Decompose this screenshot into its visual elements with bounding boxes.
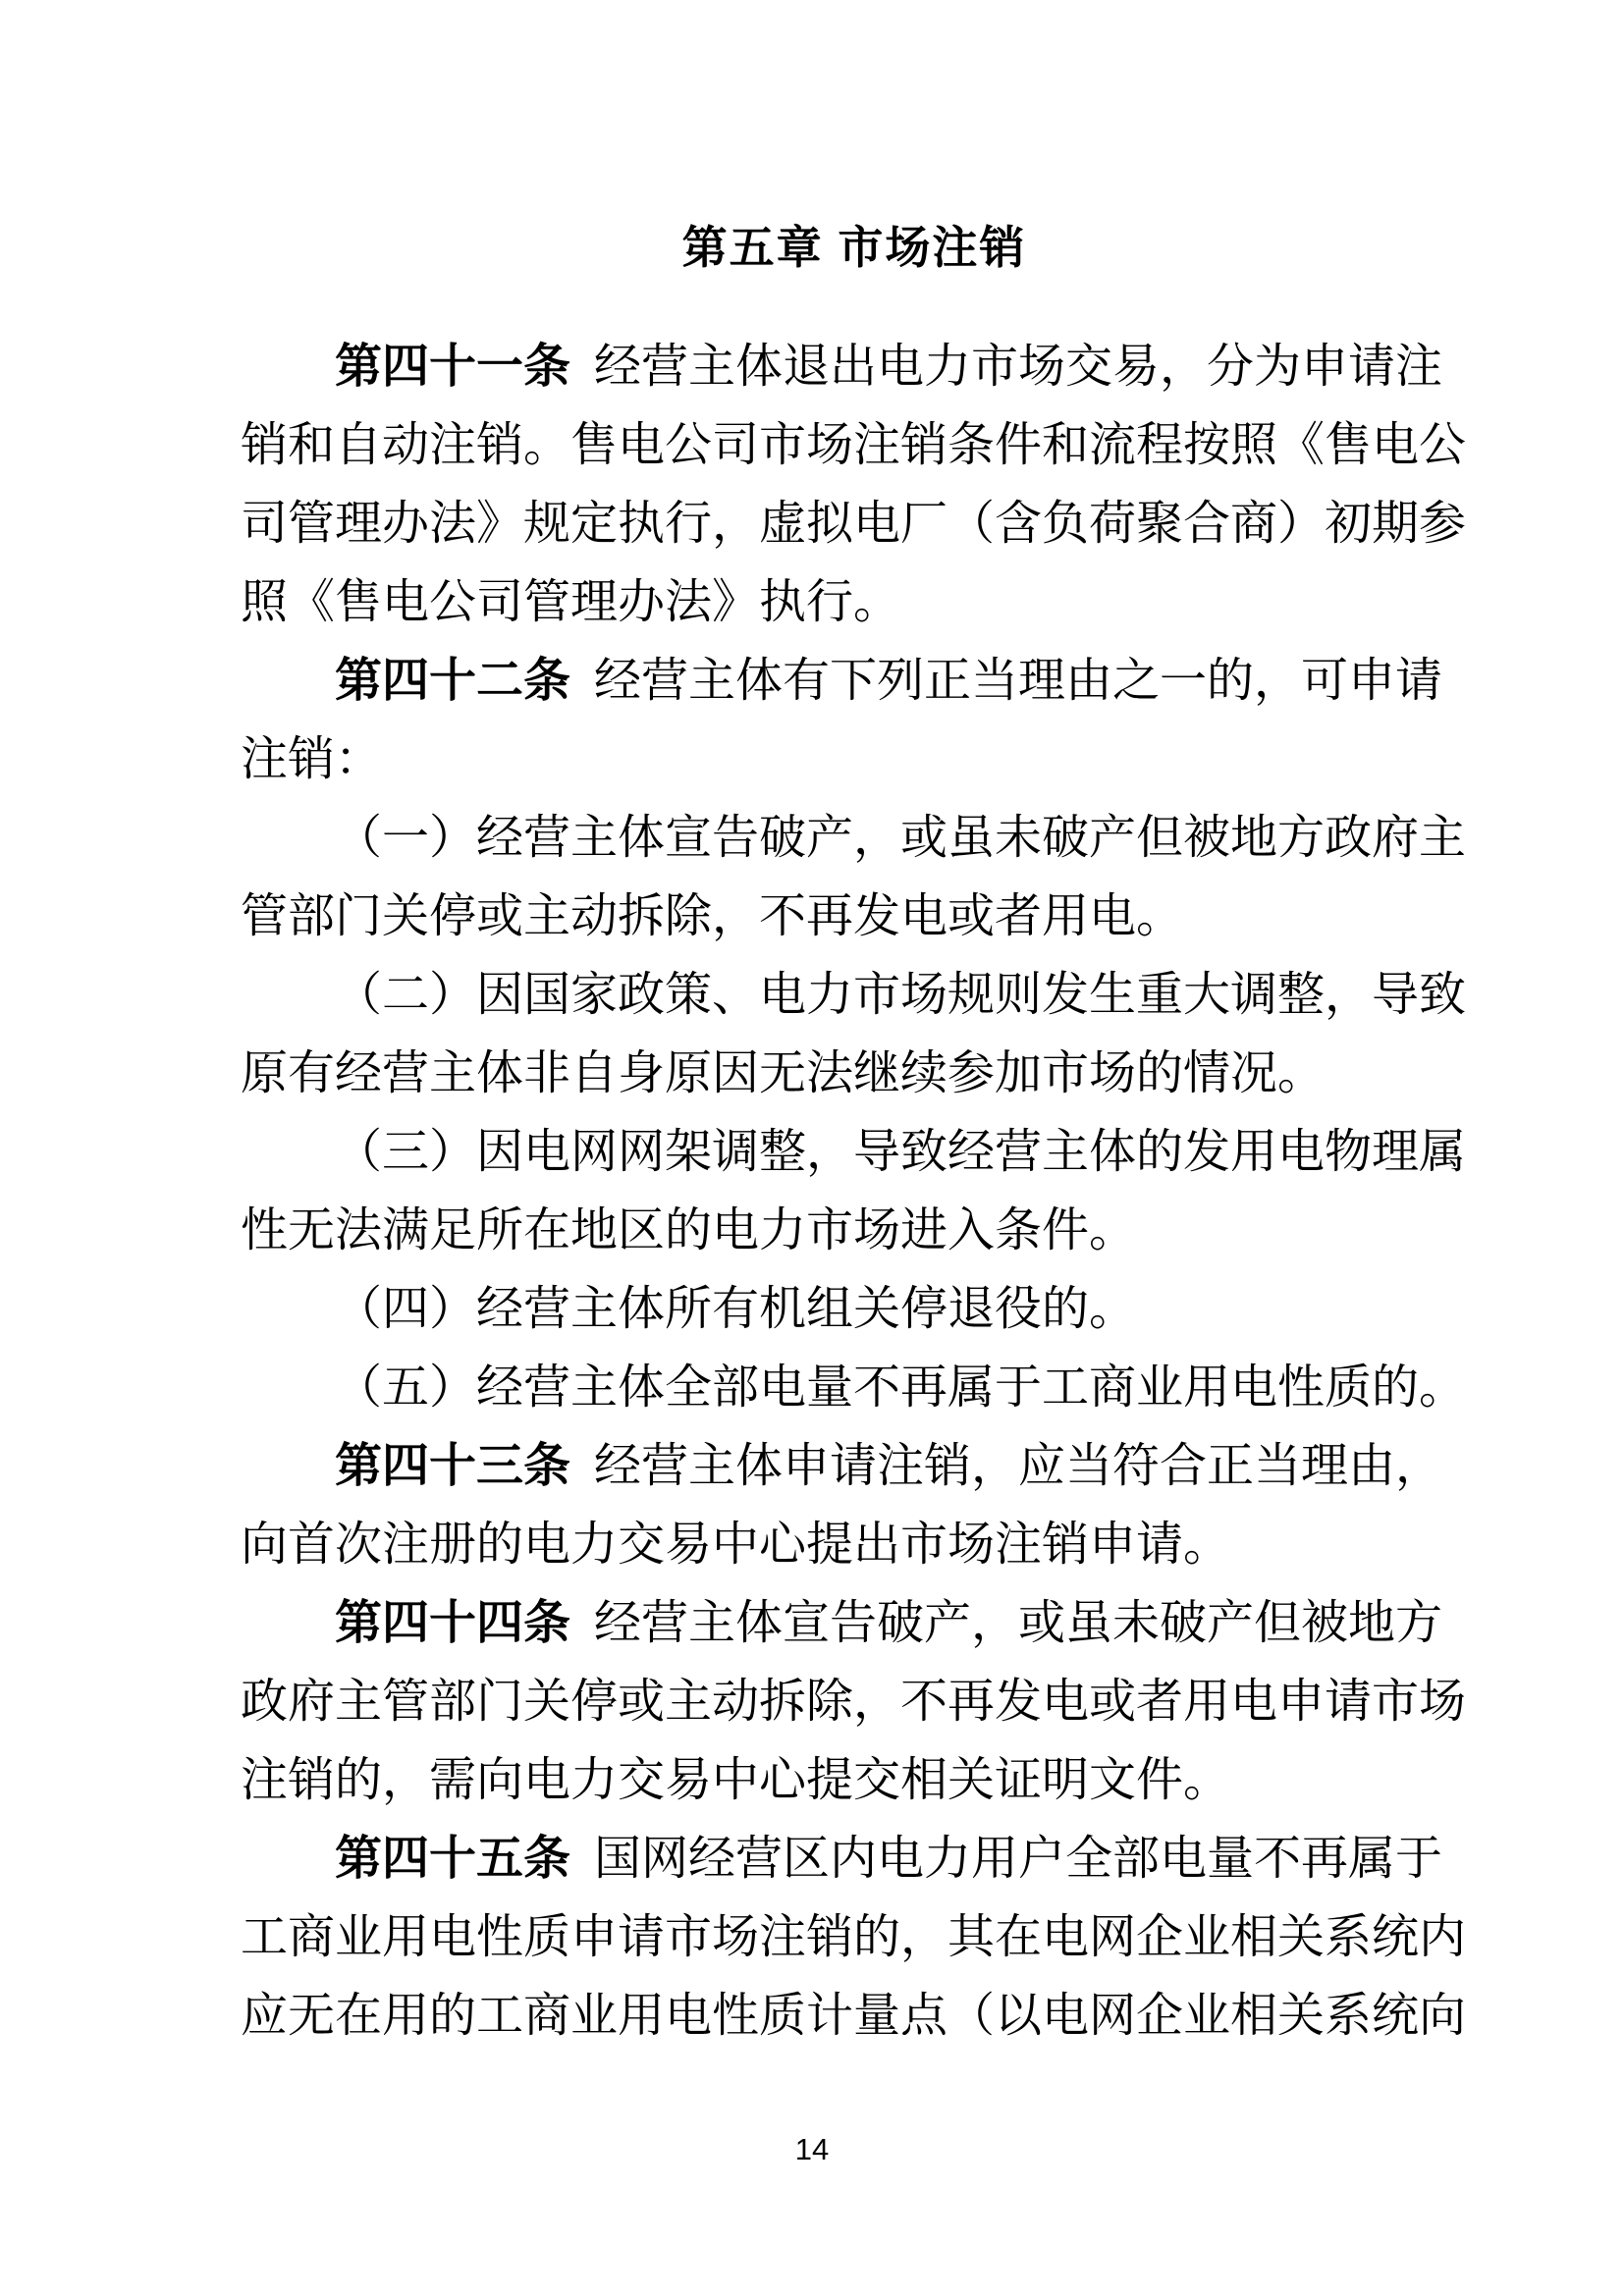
text-line: 向首次注册的电力交易中心提出市场注销申请。	[241, 1506, 1468, 1584]
line-text: 国网经营区内电力用户全部电量不再属于	[594, 1833, 1442, 1885]
article-number: 第四十一条	[335, 341, 570, 393]
line-text: （四）经营主体所有机组关停退役的。	[335, 1283, 1136, 1335]
page-number: 14	[0, 2132, 1624, 2167]
body-lines: 第四十一条经营主体退出电力市场交易，分为申请注销和自动注销。售电公司市场注销条件…	[241, 328, 1468, 2056]
line-text: 照《售电公司管理办法》执行。	[241, 576, 900, 628]
line-text: （一）经营主体宣告破产，或虽未破产但被地方政府主	[335, 812, 1466, 864]
text-line: 第四十一条经营主体退出电力市场交易，分为申请注	[241, 328, 1468, 406]
chapter-title: 第五章 市场注销	[241, 208, 1468, 287]
line-text: 性无法满足所在地区的电力市场进入条件。	[241, 1204, 1136, 1256]
text-line: 工商业用电性质申请市场注销的，其在电网企业相关系统内	[241, 1898, 1468, 1977]
text-line: 注销：	[241, 721, 1468, 799]
page-content: 第五章 市场注销 第四十一条经营主体退出电力市场交易，分为申请注销和自动注销。售…	[241, 208, 1468, 2056]
line-text: 应无在用的工商业用电性质计量点（以电网企业相关系统向	[241, 1990, 1466, 2042]
line-text: （三）因电网网架调整，导致经营主体的发用电物理属	[335, 1126, 1466, 1178]
text-line: 销和自动注销。售电公司市场注销条件和流程按照《售电公	[241, 406, 1468, 485]
line-text: （二）因国家政策、电力市场规则发生重大调整，导致	[335, 969, 1466, 1021]
line-text: 注销的，需向电力交易中心提交相关证明文件。	[241, 1754, 1230, 1806]
text-line: 性无法满足所在地区的电力市场进入条件。	[241, 1192, 1468, 1270]
line-text: 经营主体有下列正当理由之一的，可申请	[594, 655, 1442, 707]
text-line: 政府主管部门关停或主动拆除，不再发电或者用电申请市场	[241, 1663, 1468, 1741]
line-text: 经营主体申请注销，应当符合正当理由，	[594, 1440, 1442, 1492]
text-line: 司管理办法》规定执行，虚拟电厂（含负荷聚合商）初期参	[241, 485, 1468, 563]
text-line: 管部门关停或主动拆除，不再发电或者用电。	[241, 878, 1468, 956]
line-text: 工商业用电性质申请市场注销的，其在电网企业相关系统内	[241, 1911, 1466, 1963]
article-number: 第四十四条	[335, 1597, 570, 1649]
document-page: 第五章 市场注销 第四十一条经营主体退出电力市场交易，分为申请注销和自动注销。售…	[0, 0, 1624, 2296]
line-text: 司管理办法》规定执行，虚拟电厂（含负荷聚合商）初期参	[241, 498, 1466, 550]
text-line: 第四十二条经营主体有下列正当理由之一的，可申请	[241, 642, 1468, 721]
text-line: （一）经营主体宣告破产，或虽未破产但被地方政府主	[241, 799, 1468, 878]
text-line: 第四十五条国网经营区内电力用户全部电量不再属于	[241, 1820, 1468, 1898]
article-number: 第四十五条	[335, 1833, 570, 1885]
text-line: 第四十三条经营主体申请注销，应当符合正当理由，	[241, 1427, 1468, 1506]
text-line: （四）经营主体所有机组关停退役的。	[241, 1270, 1468, 1349]
line-text: 管部门关停或主动拆除，不再发电或者用电。	[241, 890, 1183, 942]
line-text: 政府主管部门关停或主动拆除，不再发电或者用电申请市场	[241, 1676, 1466, 1728]
line-text: 向首次注册的电力交易中心提出市场注销申请。	[241, 1519, 1230, 1571]
article-number: 第四十二条	[335, 655, 570, 707]
text-line: 原有经营主体非自身原因无法继续参加市场的情况。	[241, 1035, 1468, 1113]
text-line: （五）经营主体全部电量不再属于工商业用电性质的。	[241, 1349, 1468, 1427]
text-line: （三）因电网网架调整，导致经营主体的发用电物理属	[241, 1113, 1468, 1192]
text-line: 第四十四条经营主体宣告破产，或虽未破产但被地方	[241, 1584, 1468, 1663]
text-line: 应无在用的工商业用电性质计量点（以电网企业相关系统向	[241, 1977, 1468, 2056]
line-text: 经营主体宣告破产，或虽未破产但被地方	[594, 1597, 1442, 1649]
line-text: 注销：	[241, 733, 382, 785]
text-line: 照《售电公司管理办法》执行。	[241, 563, 1468, 642]
article-number: 第四十三条	[335, 1440, 570, 1492]
text-line: 注销的，需向电力交易中心提交相关证明文件。	[241, 1741, 1468, 1820]
line-text: （五）经营主体全部电量不再属于工商业用电性质的。	[335, 1362, 1466, 1414]
line-text: 经营主体退出电力市场交易，分为申请注	[594, 341, 1442, 393]
line-text: 原有经营主体非自身原因无法继续参加市场的情况。	[241, 1047, 1325, 1099]
line-text: 销和自动注销。售电公司市场注销条件和流程按照《售电公	[241, 419, 1466, 471]
text-line: （二）因国家政策、电力市场规则发生重大调整，导致	[241, 956, 1468, 1035]
